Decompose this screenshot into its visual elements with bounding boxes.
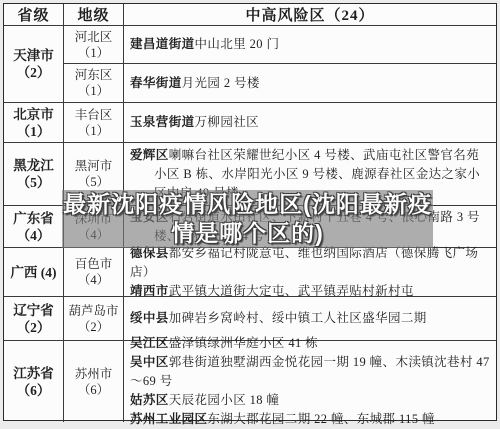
risk-cell: 建昌道街道中山北里 20 门 [124, 26, 496, 63]
province-group-tianjin: 天津市 （2） 河北区 （1） 建昌道街道中山北里 20 门 河东区 （ [4, 26, 496, 103]
risk-entry: 德保县都安乡福记村陇意屯、维也纳国际酒店（德保腾飞广场店） [130, 244, 491, 282]
province-count: （2） [17, 319, 51, 336]
risk-entry: 玉泉营街道万柳园社区 [130, 113, 491, 132]
province-name: 北京市 [13, 106, 54, 123]
province-name: 广东省 [13, 210, 54, 227]
province-name: 天津市 [13, 47, 54, 64]
table-row: 苏州市 （6） 吴江区盛泽镇绿洲华庭小区 41 栋 吴中区郭巷街道独墅湖西金悦花… [64, 341, 496, 422]
risk-cell: 春华街道月光园 2 号楼 [124, 64, 496, 102]
city-cell: 河东区 （1） [64, 64, 124, 102]
province-cell: 江苏省 （6） [4, 341, 64, 422]
province-cell: 广西 (4) [4, 248, 64, 296]
province-cell: 辽宁省 （2） [4, 297, 64, 340]
city-name: 丰台区 [75, 107, 113, 123]
risk-cell: 德保县都安乡福记村陇意屯、维也纳国际酒店（德保腾飞广场店） 靖西市武平镇大道街大… [124, 248, 496, 296]
city-name: 河北区 [75, 29, 113, 45]
province-count: （6） [17, 382, 51, 399]
risk-entry: 绥中县加碑岩乡窝岭村、绥中镇工人社区盛华园二期 [130, 309, 491, 328]
risk-cell: 吴江区盛泽镇绿洲华庭小区 41 栋 吴中区郭巷街道独墅湖西金悦花园一期 19 幢… [124, 341, 496, 422]
city-cell: 河北区 （1） [64, 26, 124, 63]
header-cell-city: 地级 [64, 4, 124, 25]
table-row: 百色市 （4） 德保县都安乡福记村陇意屯、维也纳国际酒店（德保腾飞广场店） 靖西… [64, 248, 496, 296]
watermark-title-overlay: 最新沈阳疫情风险地区(沈阳最新疫 情是哪个区的) [62, 190, 433, 248]
city-count: （1） [78, 123, 109, 139]
risk-area-screenshot: 省级 地级 中高风险区（24） 天津市 （2） 河北区 （1） 建昌道街道中山北… [0, 0, 500, 429]
province-cell: 北京市 （1） [4, 103, 64, 142]
province-count: （2） [17, 64, 51, 81]
province-name: 黑龙江 [13, 157, 54, 174]
city-count: （1） [78, 45, 109, 61]
risk-entry: 建昌道街道中山北里 20 门 [130, 35, 491, 54]
city-name: 葫芦岛市 [68, 303, 118, 319]
city-name: 苏州市 [75, 366, 113, 382]
risk-entry: 春华街道月光园 2 号楼 [130, 74, 491, 93]
province-cell: 天津市 （2） [4, 26, 64, 102]
table-row: 河东区 （1） 春华街道月光园 2 号楼 [64, 64, 496, 102]
province-count: （1） [17, 123, 51, 140]
city-count: （2） [78, 319, 109, 335]
risk-entry: 吴中区郭巷街道独墅湖西金悦花园一期 19 幢、木渎镇沈巷村 47～69 号 [130, 353, 491, 391]
province-count: （4） [17, 227, 51, 244]
province-name: 辽宁省 [13, 302, 54, 319]
province-name: 江苏省 [13, 365, 54, 382]
province-group-jiangsu: 江苏省 （6） 苏州市 （6） 吴江区盛泽镇绿洲华庭小区 41 栋 吴中区郭巷街… [4, 341, 496, 422]
city-cell: 百色市 （4） [64, 248, 124, 296]
city-count: （4） [78, 272, 109, 288]
city-name: 黑河市 [75, 158, 113, 174]
risk-entry: 苏州工业园区东湖大郡花园二期 22 幢、东城郡 115 幢 [130, 410, 491, 429]
province-group-guangxi: 广西 (4) 百色市 （4） 德保县都安乡福记村陇意屯、维也纳国际酒店（德保腾飞… [4, 248, 496, 297]
province-group-beijing: 北京市 （1） 丰台区 （1） 玉泉营街道万柳园社区 [4, 103, 496, 143]
city-name: 河东区 [75, 67, 113, 83]
city-count: （1） [78, 83, 109, 99]
province-name: 广西 (4) [10, 264, 56, 281]
city-cell: 丰台区 （1） [64, 103, 124, 142]
province-cell: 黑龙江 （5） [4, 143, 64, 205]
watermark-title-line2: 情是哪个区的) [171, 219, 324, 248]
province-count: （5） [17, 174, 51, 191]
header-cell-province: 省级 [4, 4, 64, 25]
header-cell-risk-areas: 中高风险区（24） [124, 4, 496, 25]
watermark-title-line1: 最新沈阳疫情风险地区(沈阳最新疫 [63, 190, 432, 219]
city-cell: 葫芦岛市 （2） [64, 297, 124, 340]
city-count: （5） [78, 174, 109, 190]
table-row: 丰台区 （1） 玉泉营街道万柳园社区 [64, 103, 496, 142]
province-cell: 广东省 （4） [4, 206, 64, 247]
table-header-row: 省级 地级 中高风险区（24） [4, 4, 496, 26]
table-row: 河北区 （1） 建昌道街道中山北里 20 门 [64, 26, 496, 64]
risk-entry: 吴江区盛泽镇绿洲华庭小区 41 栋 [130, 334, 491, 353]
city-cell: 苏州市 （6） [64, 341, 124, 422]
risk-entry: 姑苏区天辰花园小区 18 幢 [130, 391, 491, 410]
city-name: 百色市 [75, 256, 113, 272]
risk-cell: 玉泉营街道万柳园社区 [124, 103, 496, 142]
city-count: （6） [78, 382, 109, 398]
